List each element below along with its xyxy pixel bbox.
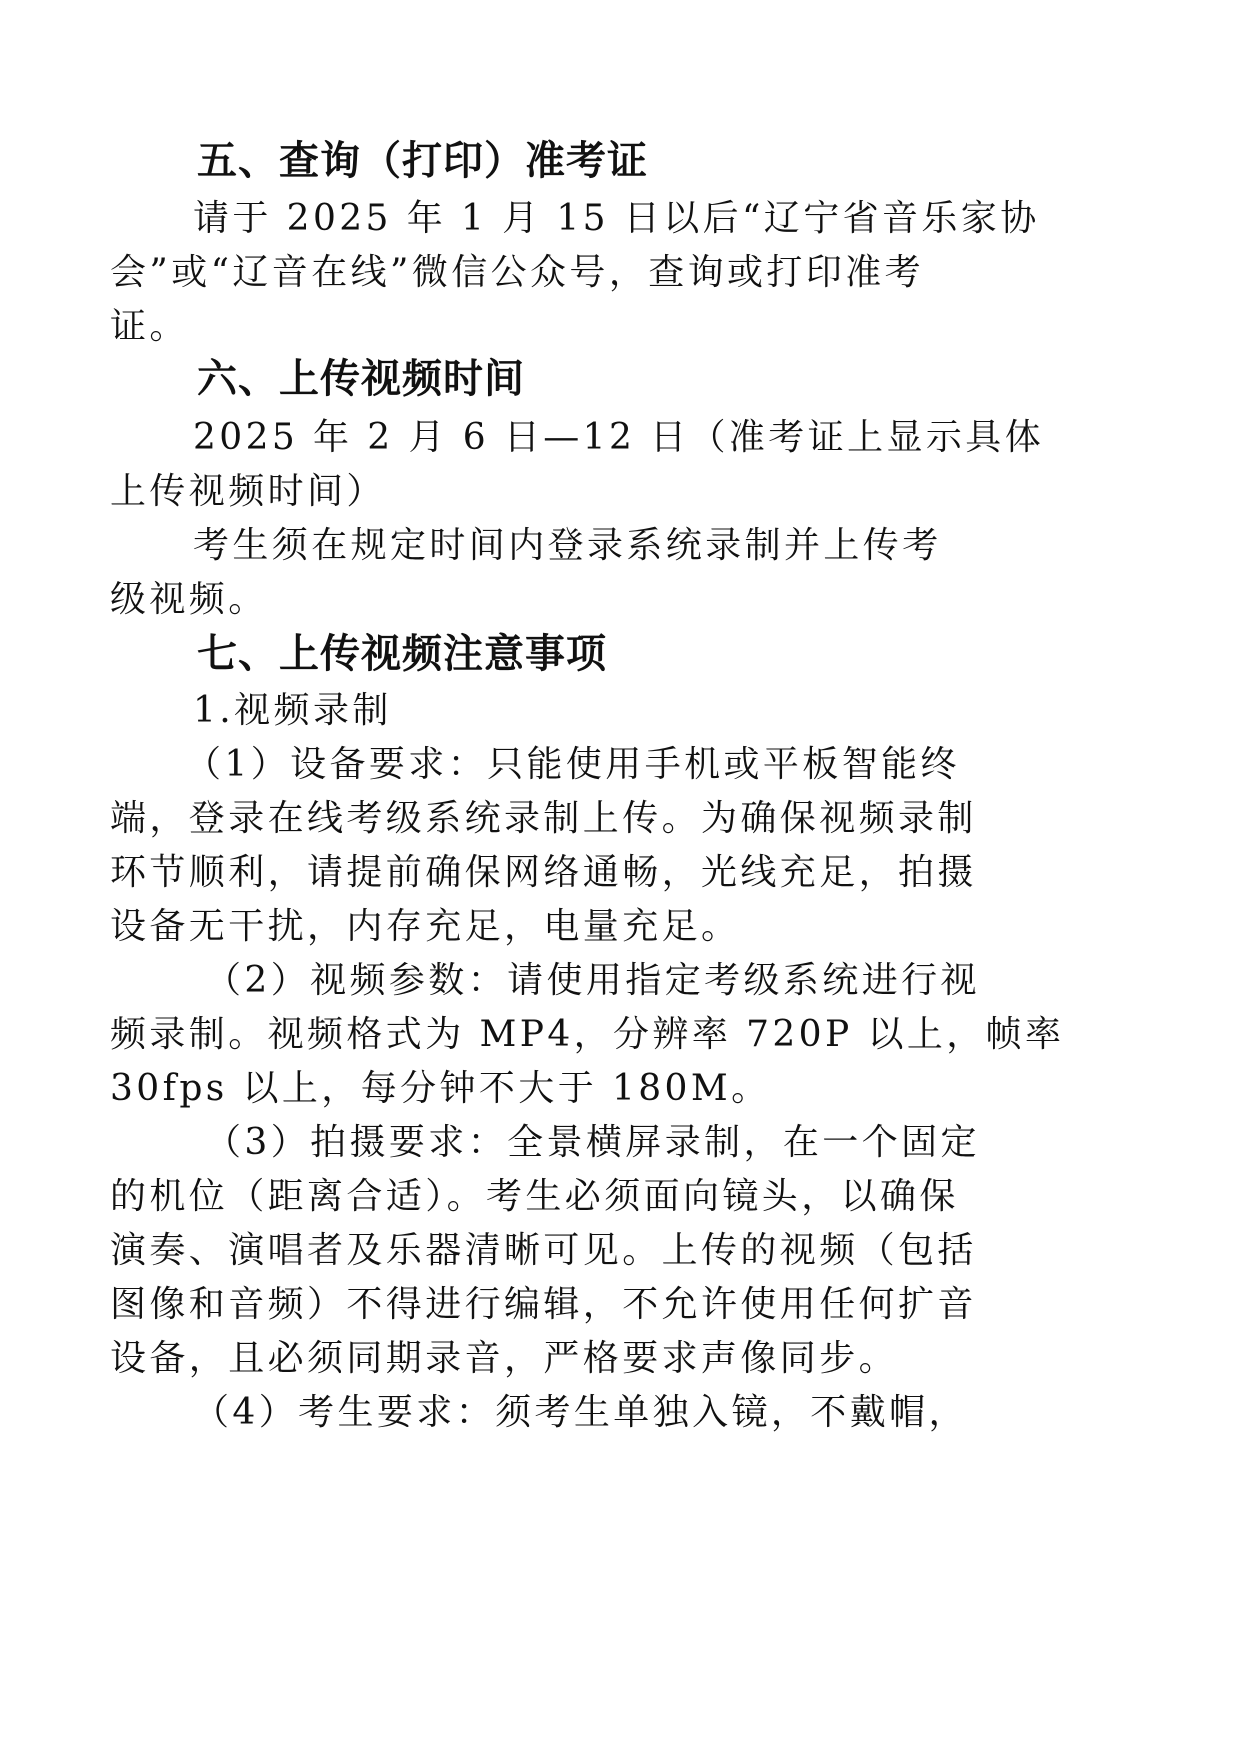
section-heading-6: 六、上传视频时间 — [197, 352, 1207, 406]
paragraph-line: 级视频。 — [110, 573, 1120, 627]
paragraph-line: （3）拍摄要求：全景横屏录制，在一个固定 — [205, 1116, 1215, 1170]
paragraph-line: 的机位（距离合适）。考生必须面向镜头，以确保 — [110, 1170, 1120, 1224]
paragraph-line: 证。 — [110, 300, 1120, 354]
subheading-video-recording: 1.视频录制 — [193, 684, 1203, 738]
section-heading-5: 五、查询（打印）准考证 — [197, 134, 1207, 188]
paragraph-line: 演奏、演唱者及乐器清晰可见。上传的视频（包括 — [110, 1224, 1120, 1278]
paragraph-line: 设备无干扰，内存充足，电量充足。 — [110, 900, 1120, 954]
paragraph-line: 请于 2025 年 1 月 15 日以后“辽宁省音乐家协 — [193, 192, 1203, 246]
paragraph-line: 会”或“辽音在线”微信公众号，查询或打印准考 — [110, 246, 1120, 300]
paragraph-line: 30fps 以上，每分钟不大于 180M。 — [110, 1062, 1120, 1116]
document-page: 五、查询（打印）准考证 请于 2025 年 1 月 15 日以后“辽宁省音乐家协… — [0, 0, 1241, 1755]
paragraph-line: 上传视频时间） — [110, 465, 1120, 519]
paragraph-line: 端，登录在线考级系统录制上传。为确保视频录制 — [110, 792, 1120, 846]
paragraph-line: （4）考生要求：须考生单独入镜，不戴帽， — [193, 1386, 1203, 1440]
paragraph-line: 设备，且必须同期录音，严格要求声像同步。 — [110, 1332, 1120, 1386]
paragraph-line: 频录制。视频格式为 MP4，分辨率 720P 以上，帧率 — [110, 1008, 1120, 1062]
paragraph-line: 环节顺利，请提前确保网络通畅，光线充足，拍摄 — [110, 846, 1120, 900]
paragraph-line: 图像和音频）不得进行编辑，不允许使用任何扩音 — [110, 1278, 1120, 1332]
paragraph-line: 2025 年 2 月 6 日—12 日（准考证上显示具体 — [193, 411, 1203, 465]
paragraph-line: （2）视频参数：请使用指定考级系统进行视 — [205, 954, 1215, 1008]
section-heading-7: 七、上传视频注意事项 — [197, 627, 1207, 681]
paragraph-line: （1）设备要求：只能使用手机或平板智能终 — [185, 738, 1195, 792]
paragraph-line: 考生须在规定时间内登录系统录制并上传考 — [193, 519, 1203, 573]
